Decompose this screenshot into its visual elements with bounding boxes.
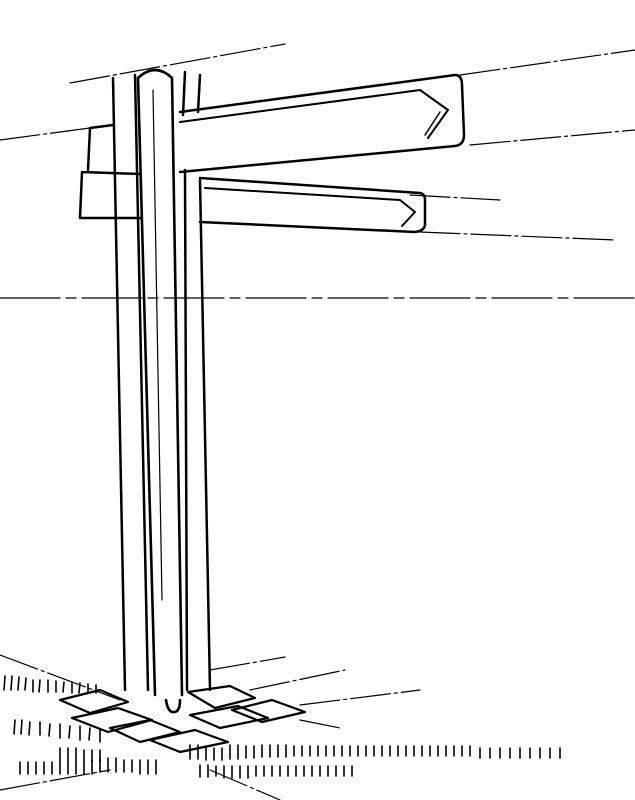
- upper-sign: [88, 75, 464, 172]
- lower-sign: [80, 172, 425, 232]
- signpost-drawing: [0, 0, 635, 800]
- grass-hatching: [4, 676, 560, 778]
- signpost-illustration: [0, 0, 635, 800]
- front-post: [138, 70, 182, 712]
